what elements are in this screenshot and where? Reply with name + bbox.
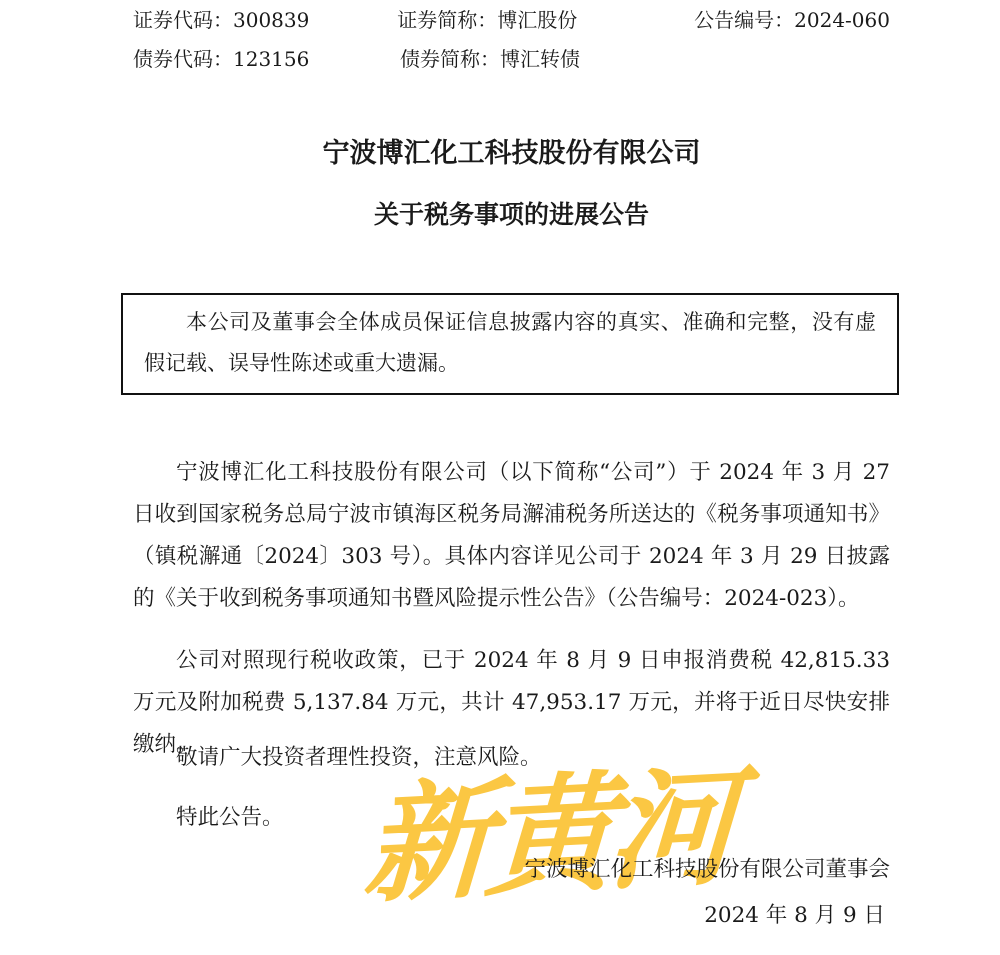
paragraph-hereby-announced: 特此公告。 [133,797,890,839]
announcement-subject-title: 关于税务事项的进展公告 [133,201,890,229]
stock-code: 证券代码：300839 [133,8,397,32]
signature-board-of-directors: 宁波博汇化工科技股份有限公司董事会 [524,857,890,883]
header-row-securities: 证券代码：300839 证券简称：博汇股份 公告编号：2024-060 [133,8,890,32]
header-row-bonds: 债券代码：123156 债券简称：博汇转债 [133,47,890,71]
paragraph-investor-reminder: 敬请广大投资者理性投资，注意风险。 [133,737,890,779]
announcement-number: 公告编号：2024-060 [694,8,890,32]
header-spacer [700,47,890,71]
paragraph-notice-received: 宁波博汇化工科技股份有限公司（以下简称“公司”）于 2024 年 3 月 27 … [133,452,890,620]
declaration-box: 本公司及董事会全体成员保证信息披露内容的真实、准确和完整，没有虚假记载、误导性陈… [121,293,899,395]
company-name-title: 宁波博汇化工科技股份有限公司 [133,139,890,169]
tax-announcement-document: 新黄河 证券代码：300839 证券简称：博汇股份 公告编号：2024-060 … [0,0,1000,955]
bond-abbr: 债券简称：博汇转债 [400,47,700,71]
signature-date: 2024 年 8 月 9 日 [704,903,885,929]
bond-code: 债券代码：123156 [133,47,400,71]
stock-abbr: 证券简称：博汇股份 [397,8,694,32]
declaration-text: 本公司及董事会全体成员保证信息披露内容的真实、准确和完整，没有虚假记载、误导性陈… [144,302,876,384]
